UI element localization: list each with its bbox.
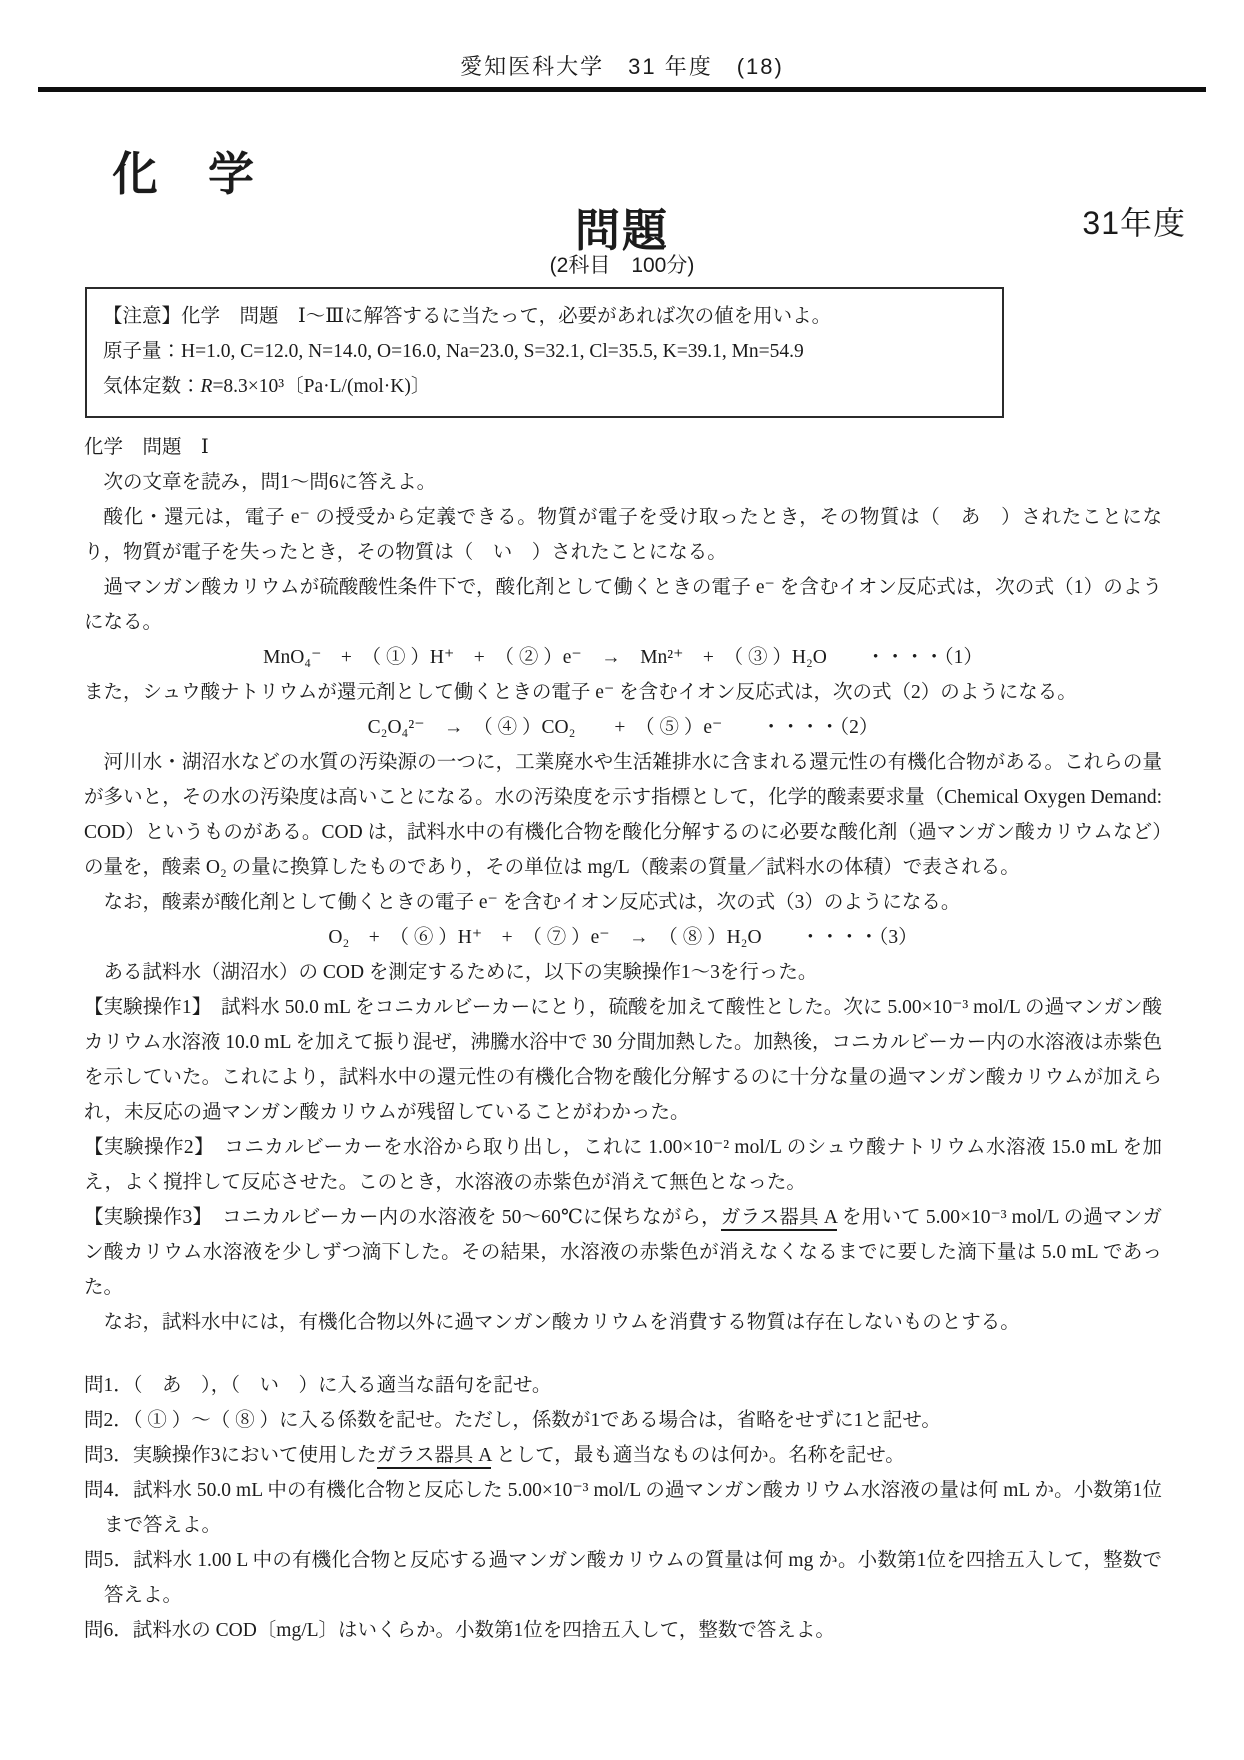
question-2: 問2．（ ① ）～（ ⑧ ）に入る係数を記せ。ただし，係数が1である場合は，省略… [84, 1403, 1162, 1438]
notice-caution: 【注意】化学 問題 Ⅰ～Ⅲに解答するに当たって，必要があれば次の値を用いよ。 [103, 299, 986, 334]
question-5: 問5．試料水 1.00 L 中の有機化合物と反応する過マンガン酸カリウムの質量は… [84, 1543, 1162, 1613]
gas-constant-label: 気体定数： [103, 376, 201, 397]
question-3-text: 問3．実験操作3において使用した [84, 1445, 377, 1466]
question-6: 問6．試料水の COD〔mg/L〕はいくらか。小数第1位を四捨五入して，整数で答… [84, 1613, 1162, 1648]
problem-body: 化学 問題 Ⅰ 次の文章を読み，問1～問6に答えよ。 酸化・還元は，電子 e⁻ … [84, 430, 1162, 1648]
glassware-term-q3: ガラス器具 A [377, 1445, 492, 1469]
paragraph-redox: 酸化・還元は，電子 e⁻ の授受から定義できる。物質が電子を受け取ったとき，その… [84, 500, 1162, 570]
notice-box: 【注意】化学 問題 Ⅰ～Ⅲに解答するに当たって，必要があれば次の値を用いよ。 原… [85, 287, 1004, 418]
procedure-2: 【実験操作2】 コニカルビーカーを水浴から取り出し，これに 1.00×10⁻² … [84, 1130, 1162, 1200]
intro-line: 次の文章を読み，問1～問6に答えよ。 [84, 465, 1162, 500]
section-heading: 化学 問題 Ⅰ [84, 430, 1162, 465]
notice-atomic-weights: 原子量：H=1.0, C=12.0, N=14.0, O=16.0, Na=23… [103, 334, 986, 369]
format-note: (2科目 100分) [0, 249, 1244, 279]
notice-gas-constant: 気体定数：R=8.3×10³〔Pa·L/(mol·K)〕 [103, 369, 986, 404]
question-3: 問3．実験操作3において使用したガラス器具 A として，最も適当なものは何か。名… [84, 1438, 1162, 1473]
gas-constant-symbol: R [201, 376, 213, 397]
procedure-3: 【実験操作3】 コニカルビーカー内の水溶液を 50～60℃に保ちながら，ガラス器… [84, 1200, 1162, 1305]
procedure-3-text: 【実験操作3】 コニカルビーカー内の水溶液を 50～60℃に保ちながら， [84, 1207, 721, 1228]
paragraph-note: なお，試料水中には，有機化合物以外に過マンガン酸カリウムを消費する物質は存在しな… [84, 1305, 1162, 1340]
paragraph-sample: ある試料水（湖沼水）の COD を測定するために，以下の実験操作1～3を行った。 [84, 955, 1162, 990]
gas-constant-value: =8.3×10³〔Pa·L/(mol·K)〕 [212, 376, 430, 397]
question-1: 問1．（ あ ），（ い ）に入る適当な語句を記せ。 [84, 1368, 1162, 1403]
header-rule [38, 87, 1206, 92]
questions: 問1．（ あ ），（ い ）に入る適当な語句を記せ。 問2．（ ① ）～（ ⑧ … [84, 1368, 1162, 1648]
equation-1: MnO₄⁻ + （ ① ）H⁺ + （ ② ）e⁻ → Mn²⁺ + （ ③ ）… [84, 640, 1162, 675]
page-header-title: 愛知医科大学 31 年度 (18) [0, 50, 1244, 81]
paragraph-permanganate: 過マンガン酸カリウムが硫酸酸性条件下で，酸化剤として働くときの電子 e⁻ を含む… [84, 570, 1162, 640]
glassware-term: ガラス器具 A [721, 1207, 837, 1231]
question-3-text-cont: として，最も適当なものは何か。名称を記せ。 [491, 1445, 904, 1466]
exam-page: 愛知医科大学 31 年度 (18) 化 学 問題 31年度 (2科目 100分)… [0, 0, 1244, 1760]
year-label: 31年度 [1082, 198, 1186, 244]
paragraph-cod: 河川水・湖沼水などの水質の汚染源の一つに，工業廃水や生活雑排水に含まれる還元性の… [84, 745, 1162, 885]
paragraph-oxygen: なお，酸素が酸化剤として働くときの電子 e⁻ を含むイオン反応式は，次の式（3）… [84, 885, 1162, 920]
paragraph-oxalate: また，シュウ酸ナトリウムが還元剤として働くときの電子 e⁻ を含むイオン反応式は… [84, 675, 1162, 710]
question-4: 問4．試料水 50.0 mL 中の有機化合物と反応した 5.00×10⁻³ mo… [84, 1473, 1162, 1543]
procedure-1: 【実験操作1】 試料水 50.0 mL をコニカルビーカーにとり，硫酸を加えて酸… [84, 990, 1162, 1130]
equation-3: O₂ + （ ⑥ ）H⁺ + （ ⑦ ）e⁻ → （ ⑧ ）H₂O ・・・・（3… [84, 920, 1162, 955]
equation-2: C₂O₄²⁻ → （ ④ ）CO₂ + （ ⑤ ）e⁻ ・・・・（2） [84, 710, 1162, 745]
